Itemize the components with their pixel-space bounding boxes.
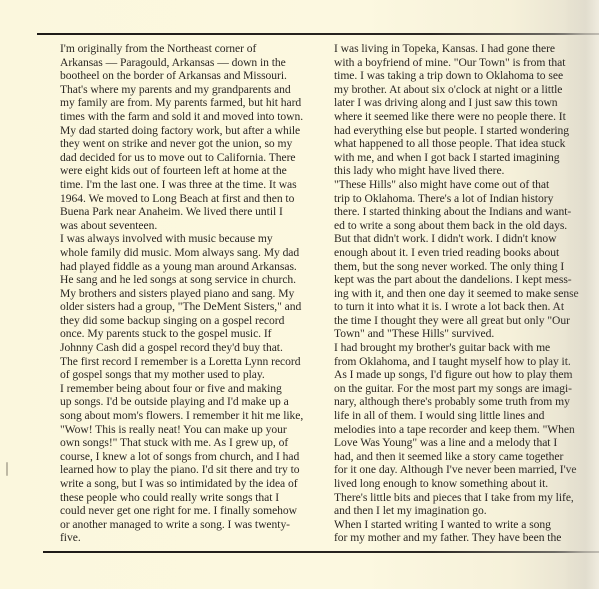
text-line: My brothers and sisters played piano and… xyxy=(42,287,287,301)
text-line: there. I started thinking about the Indi… xyxy=(316,205,562,219)
text-line: song about mom's flowers. I remember it … xyxy=(42,409,287,423)
text-line: nary, although there's probably some tru… xyxy=(316,395,562,409)
scan-margin-mark xyxy=(6,462,8,476)
text-line: ed to write a song about them back in th… xyxy=(316,219,562,233)
text-line: 1964. We moved to Long Beach at first an… xyxy=(42,192,287,206)
text-line: I had brought my brother's guitar back w… xyxy=(316,341,562,355)
text-line: "These Hills" also might have come out o… xyxy=(316,178,562,192)
text-line: That's where my parents and my grandpare… xyxy=(42,83,287,97)
text-line: I'm originally from the Northeast corner… xyxy=(42,42,287,56)
text-line: once. My parents stuck to the gospel mus… xyxy=(42,327,287,341)
text-line: of gospel songs that my mother used to p… xyxy=(42,368,287,382)
left-text-column: I'm originally from the Northeast corner… xyxy=(42,42,287,545)
paragraph-guitar: I had brought my brother's guitar back w… xyxy=(316,341,562,518)
paragraph-these-hills: "These Hills" also might have come out o… xyxy=(316,178,562,341)
text-line: own songs!" That stuck with me. As I gre… xyxy=(42,436,287,450)
text-line: When I started writing I wanted to write… xyxy=(316,518,562,532)
text-line: my brother. At about six o'clock at nigh… xyxy=(316,83,562,97)
text-line: were eight kids out of fourteen left at … xyxy=(42,164,287,178)
top-horizontal-rule xyxy=(37,33,599,35)
text-line: time. I was taking a trip down to Oklaho… xyxy=(316,69,562,83)
text-line: to turn it into what it is. I wrote a lo… xyxy=(316,300,562,314)
text-line: My dad started doing factory work, but a… xyxy=(42,124,287,138)
text-line: I was living in Topeka, Kansas. I had go… xyxy=(316,42,562,56)
text-line: five. xyxy=(42,531,287,545)
text-line: they did some backup singing on a gospel… xyxy=(42,314,287,328)
text-line: was about seventeen. xyxy=(42,219,287,233)
paragraph-our-town: I was living in Topeka, Kansas. I had go… xyxy=(316,42,562,178)
text-line: what happened to all those people. That … xyxy=(316,137,562,151)
text-line: up songs. I'd be outside playing and I'd… xyxy=(42,395,287,409)
text-line: Town" and "These Hills" survived. xyxy=(316,327,562,341)
text-line: Johnny Cash did a gospel record they'd b… xyxy=(42,341,287,355)
text-line: But that didn't work. I didn't work. I d… xyxy=(316,232,562,246)
text-line: older sisters had a group, "The DeMent S… xyxy=(42,300,287,314)
paragraph-first-songs: I remember being about four or five and … xyxy=(42,382,287,545)
text-line: I was always involved with music because… xyxy=(42,232,287,246)
text-line: trip to Oklahoma. There's a lot of India… xyxy=(316,192,562,206)
text-line: them, but the song never worked. The onl… xyxy=(316,260,562,274)
text-line: Buena Park near Anaheim. We lived there … xyxy=(42,205,287,219)
text-line: from Oklahoma, and I taught myself how t… xyxy=(316,355,562,369)
text-line: this lady who might have lived there. xyxy=(316,164,562,178)
text-line: time. I'm the last one. I was three at t… xyxy=(42,178,287,192)
text-line: where it seemed like there were no peopl… xyxy=(316,110,562,124)
text-line: these people who could really write song… xyxy=(42,491,287,505)
text-line: bootheel on the border of Arkansas and M… xyxy=(42,69,287,83)
text-line: had, and then it seemed like a story cam… xyxy=(316,450,562,464)
text-line: life in all of them. I would sing little… xyxy=(316,409,562,423)
text-line: learned how to play the piano. I'd sit t… xyxy=(42,463,287,477)
text-line: enough about it. I even tried reading bo… xyxy=(316,246,562,260)
text-line: dad decided for us to move out to Califo… xyxy=(42,151,287,165)
text-line: for my mother and my father. They have b… xyxy=(316,531,562,545)
text-line: and then I let my imagination go. xyxy=(316,504,562,518)
text-line: the time I thought they were all great b… xyxy=(316,314,562,328)
right-text-column: I was living in Topeka, Kansas. I had go… xyxy=(316,42,562,545)
text-line: with a boyfriend of mine. "Our Town" is … xyxy=(316,56,562,70)
paragraph-family-music: I was always involved with music because… xyxy=(42,232,287,382)
text-line: they went on strike and never got the un… xyxy=(42,137,287,151)
text-line: melodies into a tape recorder and keep t… xyxy=(316,423,562,437)
text-line: whole family did music. Mom always sang.… xyxy=(42,246,287,260)
text-line: I remember being about four or five and … xyxy=(42,382,287,396)
bottom-horizontal-rule xyxy=(43,551,599,553)
text-line: with me, and when I got back I started i… xyxy=(316,151,562,165)
text-line: or another managed to write a song. I wa… xyxy=(42,518,287,532)
text-line: later I was driving along and I just saw… xyxy=(316,96,562,110)
text-line: The first record I remember is a Loretta… xyxy=(42,355,287,369)
text-line: Love Was Young" was a line and a melody … xyxy=(316,436,562,450)
text-line: had played fiddle as a young man around … xyxy=(42,260,287,274)
text-line: He sang and he led songs at song service… xyxy=(42,273,287,287)
text-line: for it one day. Although I've never been… xyxy=(316,463,562,477)
text-line: "Wow! This is really neat! You can make … xyxy=(42,423,287,437)
text-line: kept was the part about the dandelions. … xyxy=(316,273,562,287)
text-line: lived long enough to know something abou… xyxy=(316,477,562,491)
text-line: times with the farm and sold it and move… xyxy=(42,110,287,124)
text-line: ing with it, and then one day it seemed … xyxy=(316,287,562,301)
paragraph-parents-song: When I started writing I wanted to write… xyxy=(316,518,562,545)
paragraph-origins: I'm originally from the Northeast corner… xyxy=(42,42,287,232)
text-line: As I made up songs, I'd figure out how t… xyxy=(316,368,562,382)
text-line: on the guitar. For the most part my song… xyxy=(316,382,562,396)
text-line: Arkansas — Paragould, Arkansas — down in… xyxy=(42,56,287,70)
text-line: had everything else but people. I starte… xyxy=(316,124,562,138)
text-line: course, I knew a lot of songs from churc… xyxy=(42,450,287,464)
text-line: write a song, but I was so intimidated b… xyxy=(42,477,287,491)
text-line: There's little bits and pieces that I ta… xyxy=(316,491,562,505)
text-line: my family are from. My parents farmed, b… xyxy=(42,96,287,110)
text-line: could never get one right for me. I fina… xyxy=(42,504,287,518)
